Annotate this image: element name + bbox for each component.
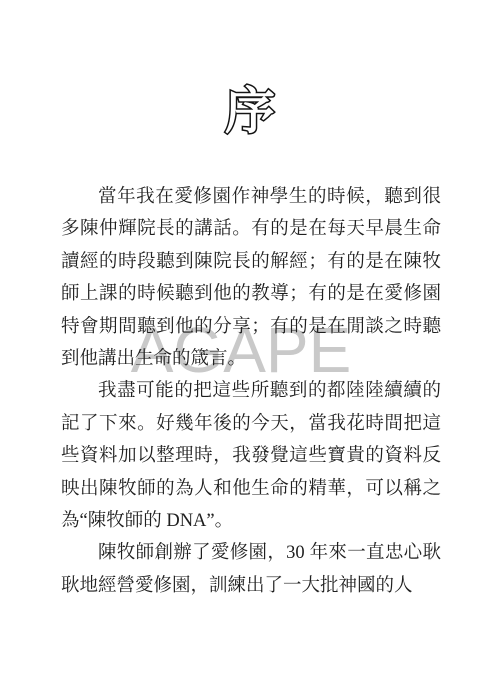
book-page: AGAPE 序 當年我在愛修園作神學生的時候，聽到很 多陳仲輝院長的講話。有的是… bbox=[0, 0, 500, 700]
paragraph-1-line: 特會期間聽到他的分享；有的是在閒談之時聽 bbox=[61, 311, 441, 343]
paragraph-1-line: 到他講出生命的箴言。 bbox=[61, 343, 441, 375]
paragraph-2-line: 記了下來。好幾年後的今天，當我花時間把這 bbox=[61, 408, 441, 440]
paragraph-1-line: 當年我在愛修園作神學生的時候，聽到很 bbox=[61, 181, 441, 213]
chapter-title: 序 bbox=[0, 84, 500, 139]
paragraph-1-line: 師上課的時候聽到他的教導；有的是在愛修園 bbox=[61, 278, 441, 310]
paragraph-1-line: 讀經的時段聽到陳院長的解經；有的是在陳牧 bbox=[61, 246, 441, 278]
paragraph-2-line: 映出陳牧師的為人和他生命的精華，可以稱之 bbox=[61, 473, 441, 505]
paragraph-2-line: 為“陳牧師的 DNA”。 bbox=[61, 505, 441, 537]
paragraph-3-line: 陳牧師創辦了愛修園，30 年來一直忠心耿 bbox=[61, 537, 441, 569]
body-text: 當年我在愛修園作神學生的時候，聽到很 多陳仲輝院長的講話。有的是在每天早晨生命 … bbox=[61, 181, 441, 602]
paragraph-2-line: 我盡可能的把這些所聽到的都陸陸續續的 bbox=[61, 375, 441, 407]
paragraph-2-line: 些資料加以整理時，我發覺這些寶貴的資料反 bbox=[61, 440, 441, 472]
paragraph-1-line: 多陳仲輝院長的講話。有的是在每天早晨生命 bbox=[61, 213, 441, 245]
paragraph-3-line: 耿地經營愛修園，訓練出了一大批神國的人 bbox=[61, 570, 441, 602]
